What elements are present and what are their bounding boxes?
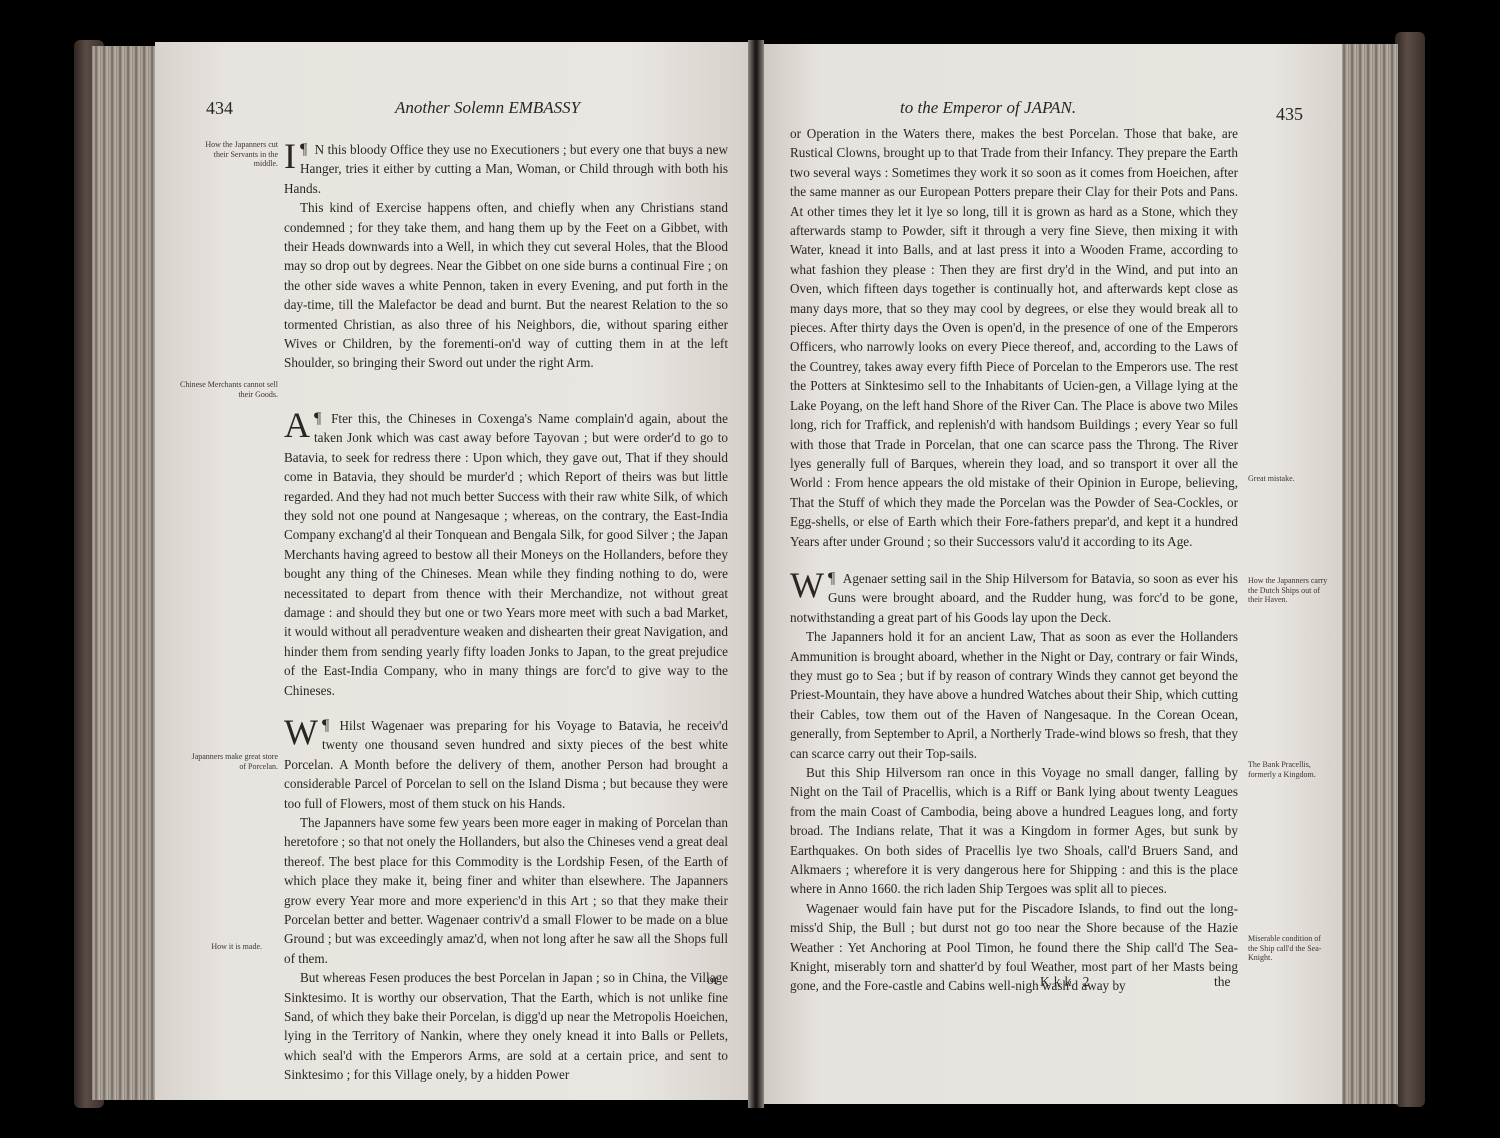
paragraph: But whereas Fesen produces the best Porc…	[284, 968, 728, 1084]
right-running-head: to the Emperor of JAPAN.	[900, 98, 1076, 118]
page-edges-right	[1340, 44, 1398, 1104]
side-note: How it is made.	[190, 942, 262, 952]
paragraph: Agenaer setting sail in the Ship Hilvers…	[790, 571, 1238, 625]
side-note: How the Japanners carry the Dutch Ships …	[1248, 576, 1328, 605]
catchword: the	[1214, 974, 1231, 990]
left-body-text: ¶ I N this bloody Office they use no Exe…	[284, 140, 728, 1085]
pilcrow-icon: ¶	[828, 570, 835, 587]
book-cover-right	[1395, 32, 1425, 1107]
paragraph: or Operation in the Waters there, makes …	[790, 124, 1238, 551]
left-running-head: Another Solemn EMBASSY	[395, 98, 580, 118]
page-edges-left	[92, 46, 158, 1100]
paragraph: But this Ship Hilversom ran once in this…	[790, 763, 1238, 899]
paragraph: Wagenaer would fain have put for the Pis…	[790, 899, 1238, 996]
section: or Operation in the Waters there, makes …	[790, 124, 1238, 551]
paragraph: The Japanners have some few years been m…	[284, 813, 728, 968]
paragraph: The Japanners hold it for an ancient Law…	[790, 627, 1238, 763]
pilcrow-icon: ¶	[300, 141, 307, 158]
section: ¶ W Hilst Wagenaer was preparing for his…	[284, 716, 728, 1085]
catchword: or	[707, 972, 718, 988]
side-note: Great mistake.	[1248, 474, 1328, 484]
side-note: Miserable condition of the Ship call'd t…	[1248, 934, 1328, 963]
paragraph: Hilst Wagenaer was preparing for his Voy…	[284, 718, 728, 811]
gutter	[748, 40, 764, 1108]
paragraph: N this bloody Office they use no Executi…	[284, 142, 728, 196]
pilcrow-icon: ¶	[322, 717, 329, 734]
paragraph: This kind of Exercise happens often, and…	[284, 198, 728, 373]
side-note: Chinese Merchants cannot sell their Good…	[180, 380, 278, 399]
paragraph: Fter this, the Chineses in Coxenga's Nam…	[284, 411, 728, 698]
section: ¶ W Agenaer setting sail in the Ship Hil…	[790, 569, 1238, 996]
drop-cap: A	[284, 411, 310, 439]
signature-mark: Kkk 2	[1040, 974, 1093, 990]
side-note: Japanners make great store of Porcelan.	[190, 752, 278, 771]
left-page-number: 434	[206, 98, 233, 119]
pilcrow-icon: ¶	[314, 410, 321, 427]
section: ¶ I N this bloody Office they use no Exe…	[284, 140, 728, 373]
drop-cap: W	[284, 718, 318, 746]
section: ¶ A Fter this, the Chineses in Coxenga's…	[284, 409, 728, 700]
side-note: How the Japanners cut their Servants in …	[190, 140, 278, 169]
right-page-number: 435	[1276, 104, 1303, 125]
drop-cap: I	[284, 142, 296, 170]
side-note: The Bank Pracellis, formerly a Kingdom.	[1248, 760, 1328, 779]
drop-cap: W	[790, 571, 824, 599]
right-body-text: or Operation in the Waters there, makes …	[790, 124, 1238, 996]
